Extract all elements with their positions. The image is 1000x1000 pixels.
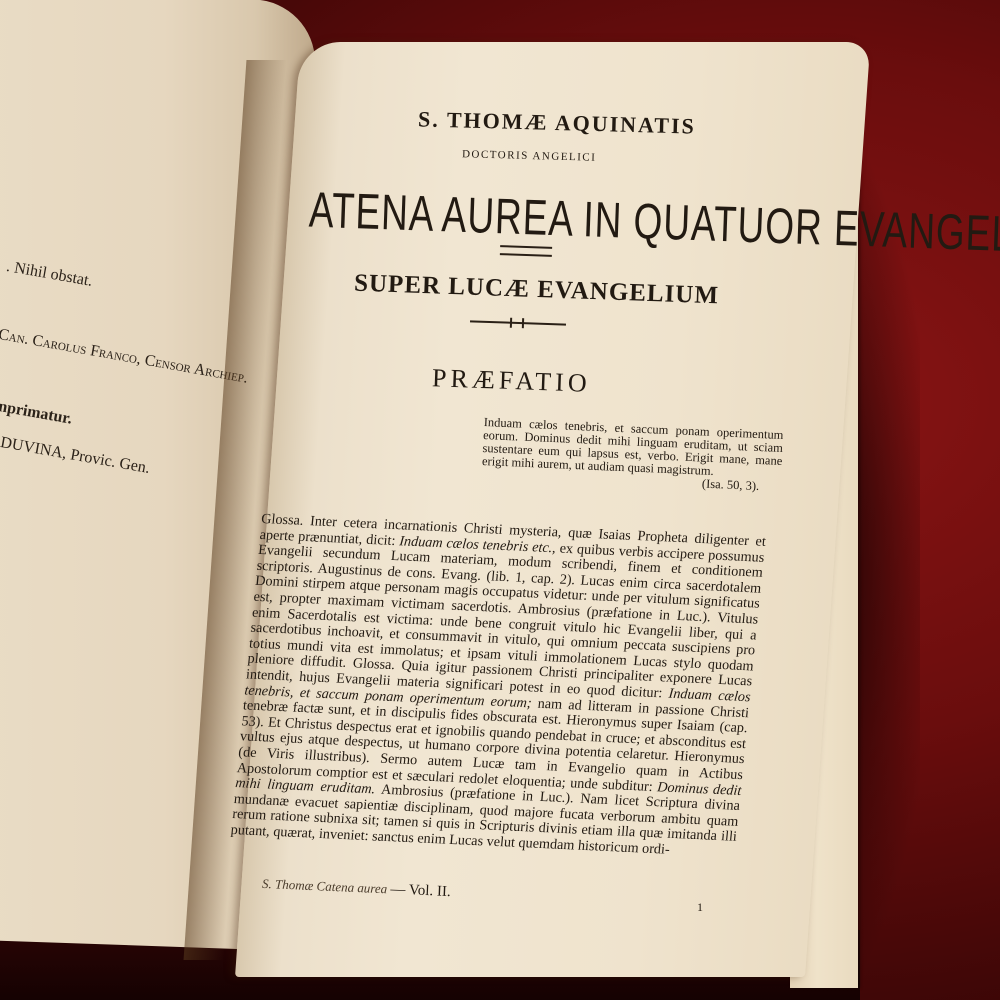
footer-volume: — Vol. II. bbox=[390, 881, 451, 900]
body-text-2: , ex quibus verbis accipere possumus Eva… bbox=[245, 540, 765, 702]
epigraph: Induam cælos tenebris, et saccum ponam o… bbox=[481, 416, 784, 494]
page-number: 1 bbox=[697, 900, 703, 915]
body-paragraph: Glossa. Inter cetera incarnationis Chris… bbox=[230, 512, 766, 861]
double-rule-divider bbox=[500, 245, 552, 257]
preface-heading: PRÆFATIO bbox=[432, 363, 592, 399]
